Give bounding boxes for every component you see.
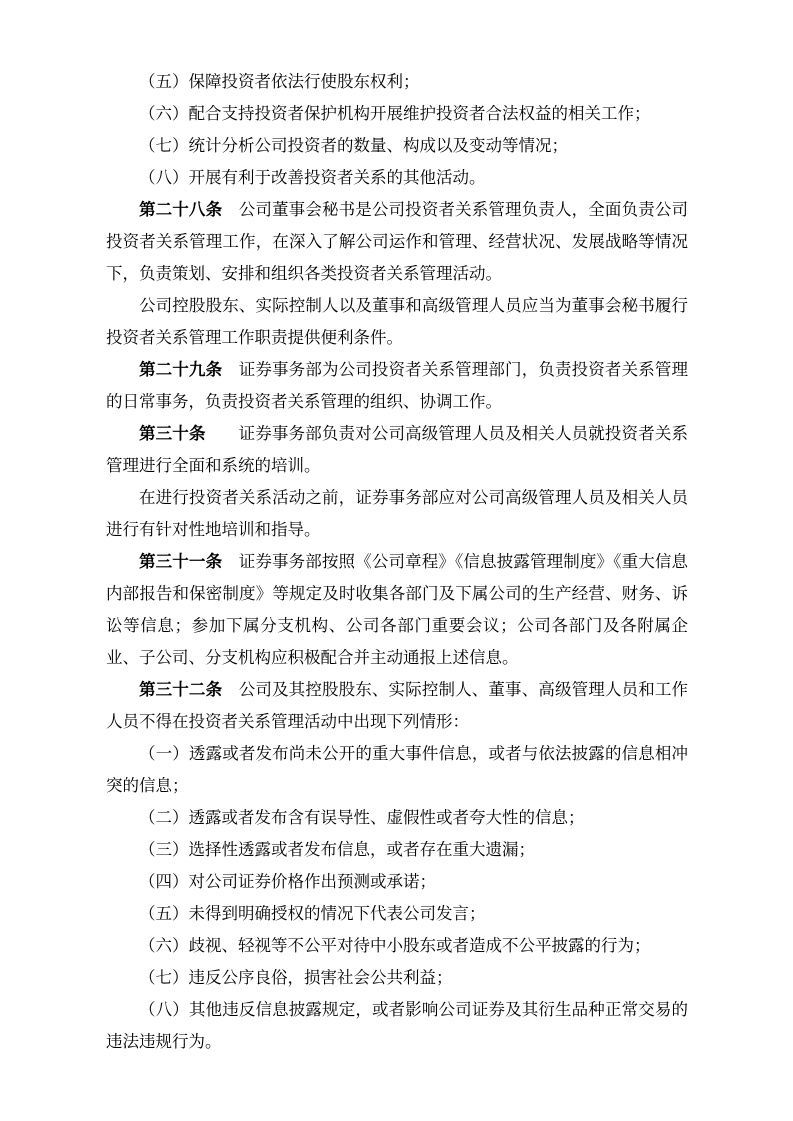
article-number: 第二十八条 (139, 200, 222, 219)
paragraph-text: （八）开展有利于改善投资者关系的其他活动。 (139, 168, 486, 187)
article-paragraph: 第三十条证券事务部负责对公司高级管理人员及相关人员就投资者关系管理进行全面和系统… (106, 418, 688, 482)
list-item-paragraph: （八）开展有利于改善投资者关系的其他活动。 (106, 162, 688, 194)
document-page: （五）保障投资者依法行使股东权利；（六）配合支持投资者保护机构开展维护投资者合法… (0, 0, 793, 1121)
list-item-paragraph: （一）透露或者发布尚未公开的重大事件信息，或者与依法披露的信息相冲突的信息； (106, 738, 688, 802)
paragraph-text: （七）违反公序良俗，损害社会公共利益； (139, 968, 453, 987)
list-item-paragraph: （八）其他违反信息披露规定，或者影响公司证券及其衍生品种正常交易的违法违规行为。 (106, 994, 688, 1058)
list-item-paragraph: （六）歧视、轻视等不公平对待中小股东或者造成不公平披露的行为； (106, 930, 688, 962)
paragraph-text: （六）歧视、轻视等不公平对待中小股东或者造成不公平披露的行为； (139, 936, 651, 955)
paragraph-text: （二）透露或者发布含有误导性、虚假性或者夸大性的信息； (139, 808, 585, 827)
paragraph-text: 在进行投资者关系活动之前，证券事务部应对公司高级管理人员及相关人员进行有针对性地… (106, 488, 688, 539)
list-item-paragraph: （五）保障投资者依法行使股东权利； (106, 66, 688, 98)
paragraph: 在进行投资者关系活动之前，证券事务部应对公司高级管理人员及相关人员进行有针对性地… (106, 482, 688, 546)
paragraph-text: （三）选择性透露或者发布信息，或者存在重大遗漏； (139, 840, 535, 859)
article-paragraph: 第三十一条证券事务部按照《公司章程》《信息披露管理制度》《重大信息内部报告和保密… (106, 546, 688, 674)
paragraph-text: （六）配合支持投资者保护机构开展维护投资者合法权益的相关工作； (139, 104, 651, 123)
paragraph-text: （八）其他违反信息披露规定，或者影响公司证券及其衍生品种正常交易的违法违规行为。 (106, 1000, 688, 1051)
list-item-paragraph: （三）选择性透露或者发布信息，或者存在重大遗漏； (106, 834, 688, 866)
list-item-paragraph: （六）配合支持投资者保护机构开展维护投资者合法权益的相关工作； (106, 98, 688, 130)
paragraph-text: （五）保障投资者依法行使股东权利； (139, 72, 420, 91)
article-paragraph: 第二十九条证券事务部为公司投资者关系管理部门，负责投资者关系管理的日常事务，负责… (106, 354, 688, 418)
article-paragraph: 第二十八条公司董事会秘书是公司投资者关系管理负责人，全面负责公司投资者关系管理工… (106, 194, 688, 290)
paragraph-text: （四）对公司证券价格作出预测或承诺； (139, 872, 436, 891)
list-item-paragraph: （七）统计分析公司投资者的数量、构成以及变动等情况； (106, 130, 688, 162)
list-item-paragraph: （五）未得到明确授权的情况下代表公司发言； (106, 898, 688, 930)
article-paragraph: 第三十二条公司及其控股股东、实际控制人、董事、高级管理人员和工作人员不得在投资者… (106, 674, 688, 738)
article-number: 第三十一条 (139, 552, 222, 571)
article-number: 第二十九条 (139, 360, 222, 379)
paragraph-text: （一）透露或者发布尚未公开的重大事件信息，或者与依法披露的信息相冲突的信息； (106, 744, 688, 795)
paragraph-text: （五）未得到明确授权的情况下代表公司发言； (139, 904, 486, 923)
list-item-paragraph: （二）透露或者发布含有误导性、虚假性或者夸大性的信息； (106, 802, 688, 834)
list-item-paragraph: （四）对公司证券价格作出预测或承诺； (106, 866, 688, 898)
paragraph-text: （七）统计分析公司投资者的数量、构成以及变动等情况； (139, 136, 568, 155)
list-item-paragraph: （七）违反公序良俗，损害社会公共利益； (106, 962, 688, 994)
paragraph-text: 公司控股股东、实际控制人以及董事和高级管理人员应当为董事会秘书履行投资者关系管理… (106, 296, 688, 347)
article-number: 第三十二条 (139, 680, 222, 699)
document-body: （五）保障投资者依法行使股东权利；（六）配合支持投资者保护机构开展维护投资者合法… (106, 66, 688, 1058)
paragraph: 公司控股股东、实际控制人以及董事和高级管理人员应当为董事会秘书履行投资者关系管理… (106, 290, 688, 354)
article-number: 第三十条 (139, 424, 206, 443)
